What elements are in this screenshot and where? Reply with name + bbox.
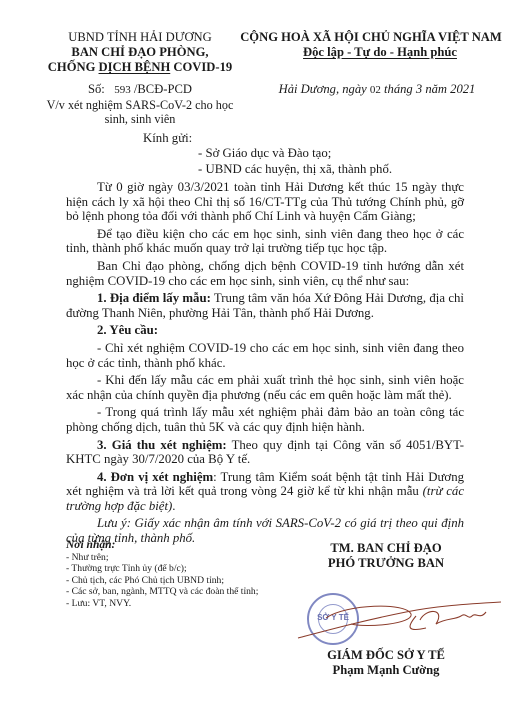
requirement-item: - Chỉ xét nghiệm COVID-19 cho các em học… xyxy=(66,341,464,370)
document-body: Từ 0 giờ ngày 03/3/2021 toàn tỉnh Hải Dư… xyxy=(66,180,464,549)
body-paragraph: Từ 0 giờ ngày 03/3/2021 toàn tỉnh Hải Dư… xyxy=(66,180,464,224)
salutation-label: Kính gửi: xyxy=(143,131,192,146)
org-line2-underlined: DỊCH BỆNH xyxy=(99,60,171,74)
motto: Độc lập - Tự do - Hạnh phúc xyxy=(248,45,512,60)
place-date-prefix: Hải Dương, ngày xyxy=(279,82,370,96)
national-header-block: CỘNG HOÀ XÃ HỘI CHỦ NGHĨA VIỆT NAM Độc l… xyxy=(230,30,512,98)
org-line2-prefix: CHỐNG xyxy=(48,60,99,74)
signer-name: Phạm Mạnh Cường xyxy=(300,663,472,678)
doc-number-value: 593 xyxy=(114,84,131,96)
org-name-line2: CHỐNG DỊCH BỆNH COVID-19 xyxy=(40,60,240,75)
document-number: Số: 593 /BCĐ-PCD xyxy=(40,82,240,98)
date-day: 02 xyxy=(370,84,381,96)
section4-heading: 4. Đơn vị xét nghiệm xyxy=(97,470,213,484)
national-title: CỘNG HOÀ XÃ HỘI CHỦ NGHĨA VIỆT NAM xyxy=(230,30,512,45)
recipient-item: - Chủ tịch, các Phó Chủ tịch UBND tỉnh; xyxy=(66,575,258,586)
section1-heading: 1. Địa điểm lấy mẫu: xyxy=(97,291,211,305)
recipient-item: - Lưu: VT, NVY. xyxy=(66,598,258,609)
recipients-title: Nơi nhận: xyxy=(66,538,258,552)
place-date: Hải Dương, ngày 02 tháng 3 năm 2021 xyxy=(242,82,512,98)
doc-code: /BCĐ-PCD xyxy=(134,82,192,96)
motto-text: Độc lập - Tự do - Hạnh phúc xyxy=(303,45,457,59)
section3-heading: 3. Giá thu xét nghiệm: xyxy=(97,438,227,452)
signature-scribble-icon xyxy=(296,598,506,646)
on-behalf-label: TM. BAN CHỈ ĐẠO xyxy=(300,541,472,556)
place-date-suffix: tháng 3 năm 2021 xyxy=(381,82,475,96)
requirement-item: - Trong quá trình lấy mẫu xét nghiệm phả… xyxy=(66,405,464,434)
subject-line2: sinh, sinh viên xyxy=(40,112,240,126)
issuing-authority-block: UBND TỈNH HẢI DƯƠNG BAN CHỈ ĐẠO PHÒNG, C… xyxy=(40,30,240,126)
org-name-line1: BAN CHỈ ĐẠO PHÒNG, xyxy=(40,45,240,60)
body-paragraph: Ban Chỉ đạo phòng, chống dịch bệnh COVID… xyxy=(66,259,464,288)
signer-position: PHÓ TRƯỞNG BAN xyxy=(300,556,472,571)
signer-title: GIÁM ĐỐC SỞ Y TẾ xyxy=(300,648,472,663)
org-line2-suffix: COVID-19 xyxy=(170,60,232,74)
section-requirements-heading: 2. Yêu cầu: xyxy=(66,323,464,338)
section-test-unit: 4. Đơn vị xét nghiệm: Trung tâm Kiểm soá… xyxy=(66,470,464,514)
body-paragraph: Để tạo điều kiện cho các em học sinh, si… xyxy=(66,227,464,256)
recipient-item: - Như trên; xyxy=(66,552,258,563)
section-sampling-location: 1. Địa điểm lấy mẫu: Trung tâm văn hóa X… xyxy=(66,291,464,320)
recipient-item: - Thường trực Tỉnh ủy (để b/c); xyxy=(66,563,258,574)
recipient-item: - Các sở, ban, ngành, MTTQ và các đoàn t… xyxy=(66,586,258,597)
doc-number-label: Số: xyxy=(88,82,105,96)
requirement-item: - Khi đến lấy mẫu các em phải xuất trình… xyxy=(66,373,464,402)
salutation-recipient: - UBND các huyện, thị xã, thành phố. xyxy=(198,162,392,178)
signer-heading: TM. BAN CHỈ ĐẠO PHÓ TRƯỞNG BAN xyxy=(300,541,472,571)
authority-name: UBND TỈNH HẢI DƯƠNG xyxy=(40,30,240,45)
section4-end: . xyxy=(172,499,175,513)
salutation-recipients: - Sở Giáo dục và Đào tạo; - UBND các huy… xyxy=(198,146,392,177)
section-test-price: 3. Giá thu xét nghiệm: Theo quy định tại… xyxy=(66,438,464,467)
section2-heading: 2. Yêu cầu: xyxy=(97,323,158,337)
salutation-recipient: - Sở Giáo dục và Đào tạo; xyxy=(198,146,392,162)
signer-block: GIÁM ĐỐC SỞ Y TẾ Phạm Mạnh Cường xyxy=(300,648,472,678)
subject-line1: V/v xét nghiệm SARS-CoV-2 cho học xyxy=(40,98,240,112)
recipients-block: Nơi nhận: - Như trên; - Thường trực Tỉnh… xyxy=(66,538,258,609)
